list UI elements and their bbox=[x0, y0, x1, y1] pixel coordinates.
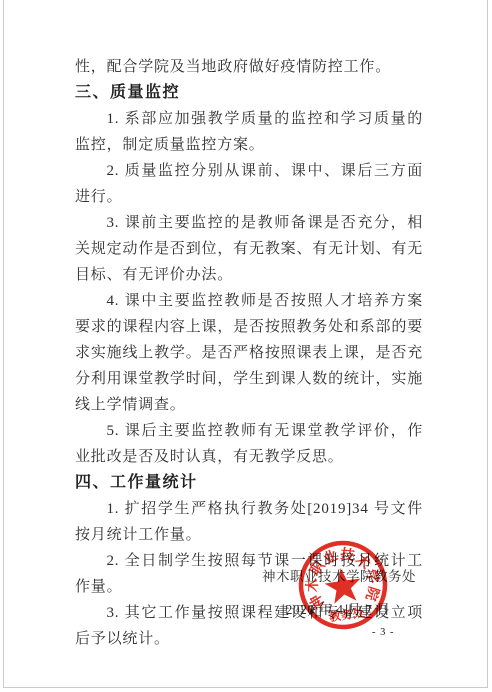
paragraph: 3. 课前主要监控的是教师备课是否充分，相关规定动作是否到位，有无教案、有无计划… bbox=[75, 210, 423, 288]
paragraph: 4. 课中主要监控教师是否按照人才培养方案要求的课程内容上课，是否按照教务处和系… bbox=[75, 288, 423, 418]
paragraph: 1. 系部应加强教学质量的监控和学习质量的监控，制定质量监控方案。 bbox=[75, 106, 423, 158]
paragraph: 5. 课后主要监控教师有无课堂教学评价，作业批改是否及时认真，有无教学反思。 bbox=[75, 418, 423, 470]
seal-star-icon bbox=[323, 566, 364, 605]
page-edge-bottom bbox=[3, 687, 488, 688]
section-heading-quality-monitoring: 三、质量监控 bbox=[75, 80, 423, 106]
official-seal: 神木职业技术学院 教务处 bbox=[287, 529, 399, 641]
page-edge-left bbox=[3, 0, 4, 688]
paragraph: 2. 质量监控分别从课前、课中、课后三方面进行。 bbox=[75, 158, 423, 210]
page-edge-right bbox=[487, 0, 488, 688]
section-heading-workload-statistics: 四、工作量统计 bbox=[75, 470, 423, 496]
paragraph-continuation: 性，配合学院及当地政府做好疫情防控工作。 bbox=[75, 54, 423, 80]
